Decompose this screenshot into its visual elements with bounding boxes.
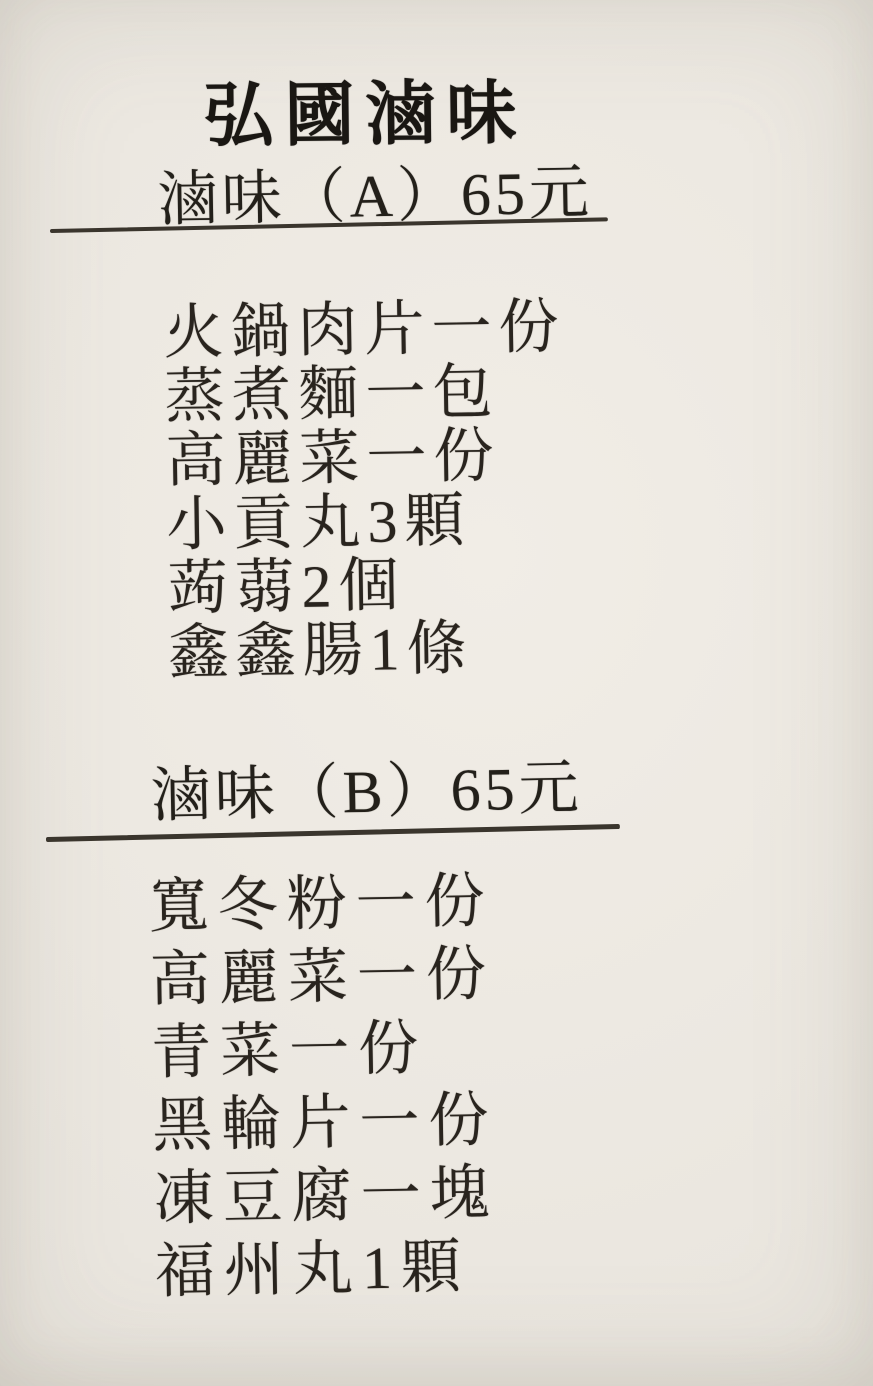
menu-item: 小貢丸3顆 (166, 487, 569, 557)
menu-title: 弘國滷味 (203, 71, 528, 158)
section-a-item-list: 火鍋肉片一份 蒸煮麵一包 高麗菜一份 小貢丸3顆 蒟蒻2個 鑫鑫腸1條 (163, 295, 571, 685)
menu-item: 蒟蒻2個 (167, 551, 570, 621)
menu-paper-photo: 弘國滷味 滷味（A）65元 火鍋肉片一份 蒸煮麵一包 高麗菜一份 小貢丸3顆 蒟… (0, 0, 873, 1386)
menu-item: 寬冬粉一份 (148, 865, 494, 944)
menu-item: 鑫鑫腸1條 (168, 615, 571, 685)
menu-item: 凍豆腐一塊 (153, 1157, 499, 1236)
menu-item: 高麗菜一份 (149, 938, 495, 1017)
menu-item: 高麗菜一份 (165, 423, 568, 493)
menu-item: 福州丸1顆 (154, 1230, 500, 1309)
section-b-item-list: 寬冬粉一份 高麗菜一份 青菜一份 黑輪片一份 凍豆腐一塊 福州丸1顆 (148, 865, 501, 1309)
menu-item: 青菜一份 (151, 1011, 497, 1090)
menu-item: 黑輪片一份 (152, 1084, 498, 1163)
section-b-heading: 滷味（B）65元 (150, 752, 583, 832)
menu-item: 蒸煮麵一包 (164, 359, 567, 429)
menu-item: 火鍋肉片一份 (163, 295, 566, 365)
